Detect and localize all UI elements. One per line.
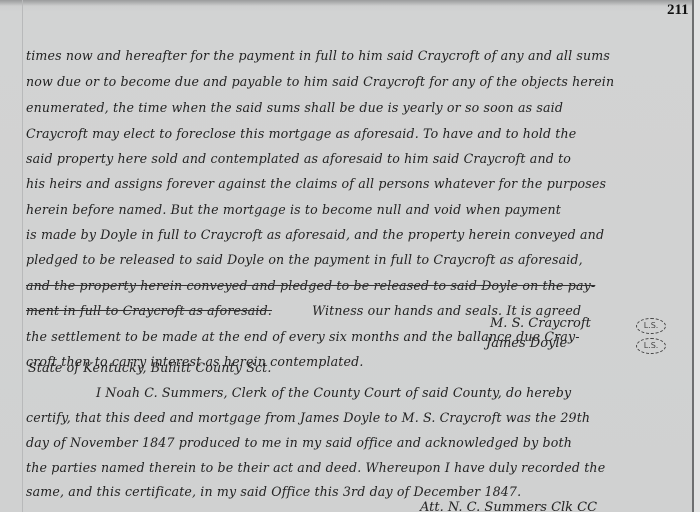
certificate-line: same, and this certificate, in my said O…: [26, 484, 521, 499]
body-line: now due or to become due and payable to …: [26, 74, 614, 89]
body-line: is made by Doyle in full to Craycroft as…: [26, 227, 604, 242]
left-margin-rule: [22, 0, 23, 512]
signature-doyle: James Doyle: [486, 336, 567, 351]
page-top-shadow: [0, 0, 700, 6]
body-line: herein before named. But the mortgage is…: [26, 202, 561, 217]
next-page-edge: [694, 0, 700, 512]
body-line: pledged to be released to said Doyle on …: [26, 252, 583, 267]
body-line: his heirs and assigns forever against th…: [26, 176, 606, 191]
certificate-line: the parties named therein to be their ac…: [26, 460, 605, 475]
certificate-line: day of November 1847 produced to me in m…: [26, 435, 572, 450]
struck-line: ment in full to Craycroft as aforesaid.: [26, 303, 272, 318]
certificate-line: I Noah C. Summers, Clerk of the County C…: [96, 385, 571, 400]
body-line: enumerated, the time when the said sums …: [26, 100, 563, 115]
document-page: 211 times now and hereafter for the paym…: [0, 0, 700, 512]
body-line: Craycroft may elect to foreclose this mo…: [26, 126, 576, 141]
struck-line: and the property herein conveyed and ple…: [26, 278, 595, 293]
body-line: said property here sold and contemplated…: [26, 151, 571, 166]
seal-icon: L.S.: [636, 338, 666, 354]
signature-craycroft: M. S. Craycroft: [490, 316, 591, 331]
clerk-attestation: Att. N. C. Summers Clk CC: [420, 500, 597, 512]
page-number: 211: [667, 2, 689, 19]
certificate-line: certify, that this deed and mortgage fro…: [26, 410, 590, 425]
certificate-heading: State of Kentucky, Bullitt County Sct.: [28, 360, 272, 375]
seal-icon: L.S.: [636, 318, 666, 334]
body-line: times now and hereafter for the payment …: [26, 48, 610, 63]
